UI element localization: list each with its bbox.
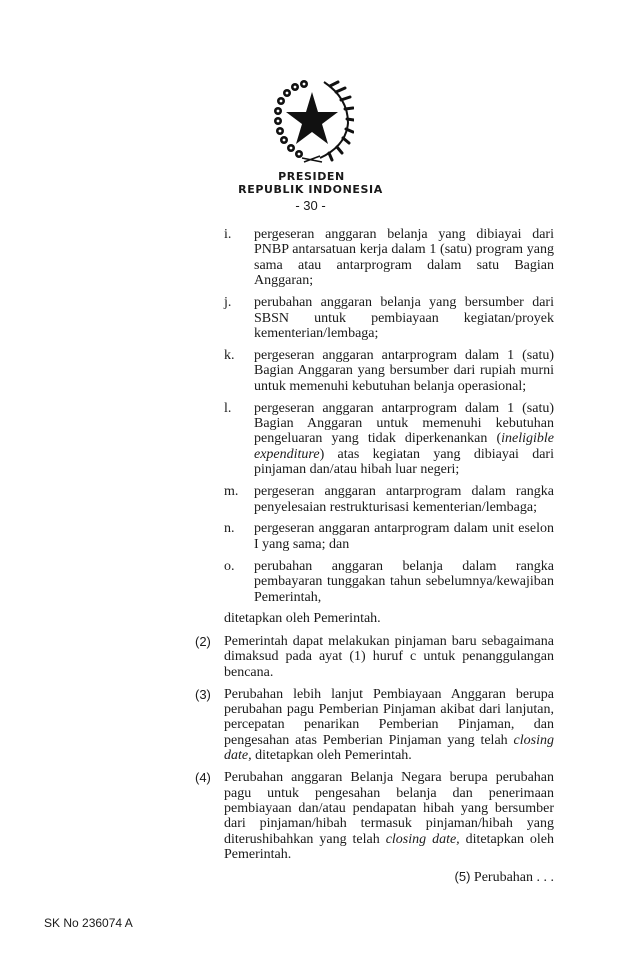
list-item-l: l. pergeseran anggaran antarprogram dala… <box>224 401 554 478</box>
header-title-presiden: PRESIDEN <box>0 170 625 183</box>
ayat-label: (3) <box>195 687 224 764</box>
item-label: l. <box>224 401 254 478</box>
list-item-m: m. pergeseran anggaran antarprogram dala… <box>224 484 554 515</box>
item-label: i. <box>224 227 254 289</box>
document-body: i. pergeseran anggaran belanja yang dibi… <box>224 227 554 885</box>
closing-clause: ditetapkan oleh Pemerintah. <box>224 611 554 626</box>
ayat-label: (4) <box>195 770 224 862</box>
ayat-text-italic: closing date, <box>386 832 460 847</box>
item-text: perubahan anggaran belanja yang bersumbe… <box>254 295 554 341</box>
page-number: - 30 - <box>0 198 624 213</box>
item-label: m. <box>224 484 254 515</box>
list-item-n: n. pergeseran anggaran antarprogram dala… <box>224 521 554 552</box>
next-page-text: Perubahan . . . <box>470 870 554 885</box>
item-text: pergeseran anggaran antarprogram dalam r… <box>254 484 554 515</box>
list-item-i: i. pergeseran anggaran belanja yang dibi… <box>224 227 554 289</box>
item-text: pergeseran anggaran antarprogram dalam 1… <box>254 401 554 478</box>
ayat-text: Pemerintah dapat melakukan pinjaman baru… <box>224 634 554 680</box>
ayat-4: (4) Perubahan anggaran Belanja Negara be… <box>195 770 554 862</box>
ayat-text: Perubahan lebih lanjut Pembiayaan Anggar… <box>224 687 554 764</box>
sk-number-footer: SK No 236074 A <box>44 916 133 930</box>
list-item-k: k. pergeseran anggaran antarprogram dala… <box>224 348 554 394</box>
list-item-j: j. perubahan anggaran belanja yang bersu… <box>224 295 554 341</box>
ayat-2: (2) Pemerintah dapat melakukan pinjaman … <box>195 634 554 680</box>
list-item-o: o. perubahan anggaran belanja dalam rang… <box>224 559 554 605</box>
presidential-emblem-icon <box>268 78 354 164</box>
ayat-label: (2) <box>195 634 224 680</box>
ayat-text-part: ditetapkan oleh Pemerintah. <box>252 748 412 763</box>
item-text: pergeseran anggaran belanja yang dibiaya… <box>254 227 554 289</box>
ayat-text-part: Perubahan lebih lanjut Pembiayaan Anggar… <box>224 687 554 748</box>
item-text: pergeseran anggaran antarprogram dalam 1… <box>254 348 554 394</box>
item-label: j. <box>224 295 254 341</box>
item-text: pergeseran anggaran antarprogram dalam u… <box>254 521 554 552</box>
next-page-number: (5) <box>455 869 471 884</box>
next-page-catchword: (5) Perubahan . . . <box>224 869 554 885</box>
ayat-text: Perubahan anggaran Belanja Negara berupa… <box>224 770 554 862</box>
ayat-3: (3) Perubahan lebih lanjut Pembiayaan An… <box>195 687 554 764</box>
item-text: perubahan anggaran belanja dalam rangka … <box>254 559 554 605</box>
item-label: k. <box>224 348 254 394</box>
item-label: n. <box>224 521 254 552</box>
header-title-republik: REPUBLIK INDONESIA <box>0 183 624 196</box>
item-label: o. <box>224 559 254 605</box>
